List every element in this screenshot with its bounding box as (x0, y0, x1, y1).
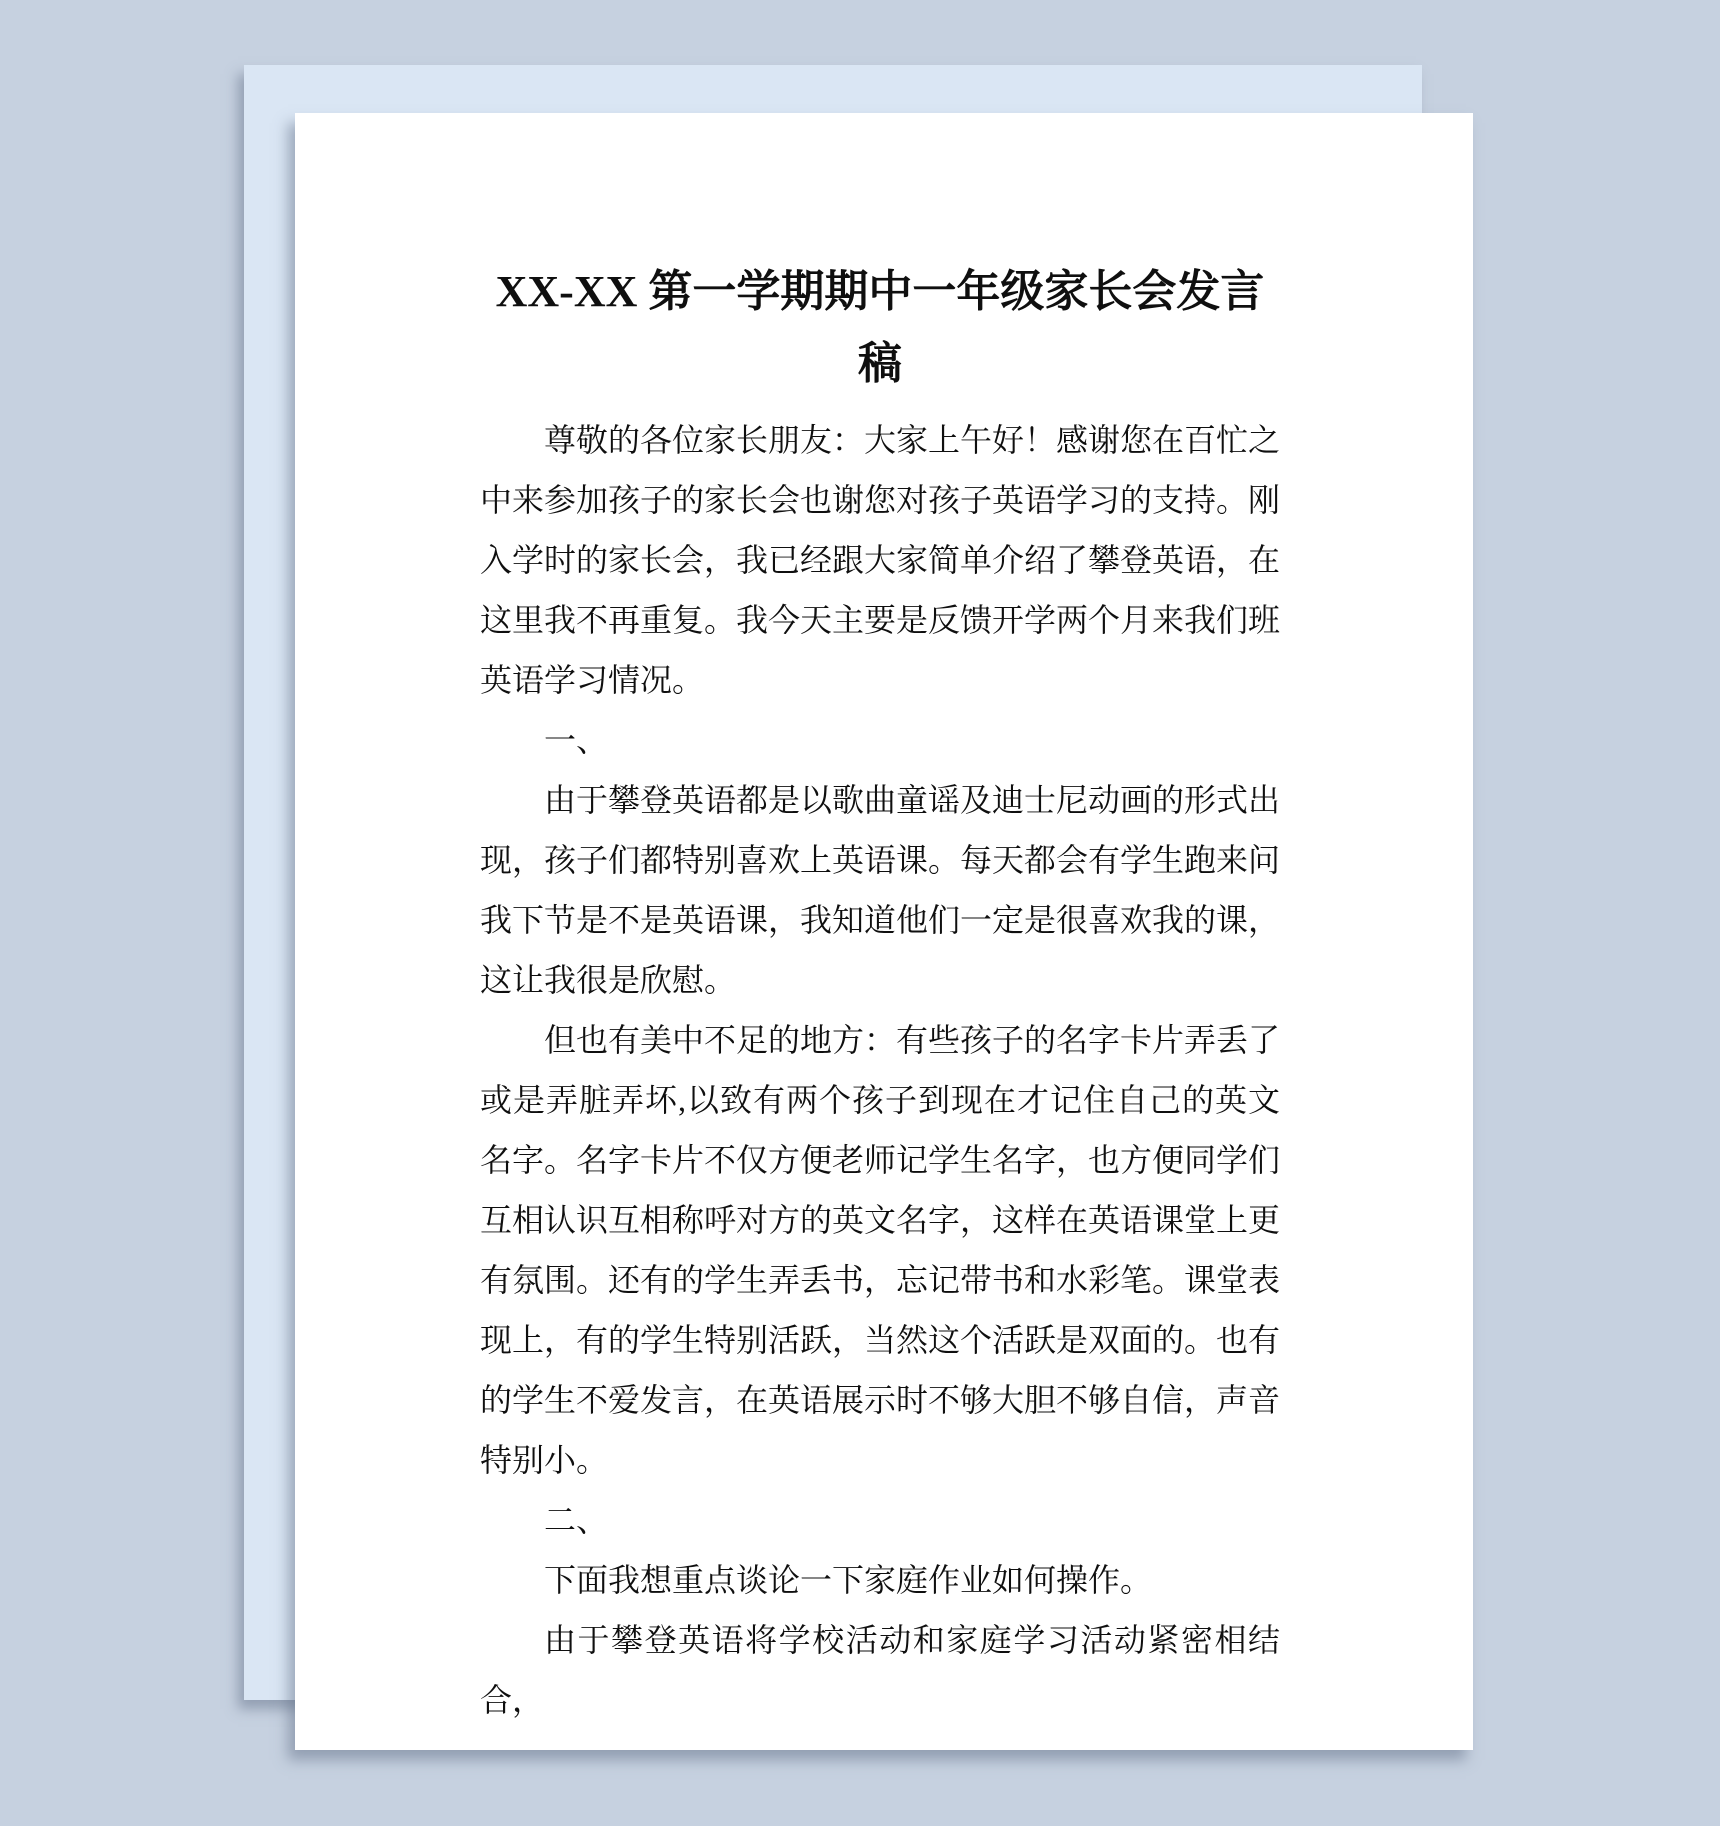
doc-paragraph: 一、 (480, 710, 1280, 770)
doc-paragraph: 尊敬的各位家长朋友：大家上午好！感谢您在百忙之中来参加孩子的家长会也谢您对孩子英… (480, 410, 1280, 710)
document-page: XX-XX 第一学期期中一年级家长会发言稿 尊敬的各位家长朋友：大家上午好！感谢… (295, 113, 1473, 1750)
doc-paragraph: 由于攀登英语都是以歌曲童谣及迪士尼动画的形式出现，孩子们都特别喜欢上英语课。每天… (480, 770, 1280, 1010)
doc-paragraph: 二、 (480, 1490, 1280, 1550)
page-background: { "document": { "title": "XX-XX 第一学期期中一年… (0, 0, 1720, 1826)
doc-paragraph: 但也有美中不足的地方：有些孩子的名字卡片弄丢了或是弄脏弄坏,以致有两个孩子到现在… (480, 1010, 1280, 1490)
doc-paragraph: 下面我想重点谈论一下家庭作业如何操作。 (480, 1550, 1280, 1610)
document-title: XX-XX 第一学期期中一年级家长会发言稿 (480, 256, 1280, 400)
document-body: 尊敬的各位家长朋友：大家上午好！感谢您在百忙之中来参加孩子的家长会也谢您对孩子英… (480, 410, 1280, 1730)
doc-paragraph: 由于攀登英语将学校活动和家庭学习活动紧密相结合， (480, 1610, 1280, 1730)
document-content: XX-XX 第一学期期中一年级家长会发言稿 尊敬的各位家长朋友：大家上午好！感谢… (480, 256, 1280, 1730)
